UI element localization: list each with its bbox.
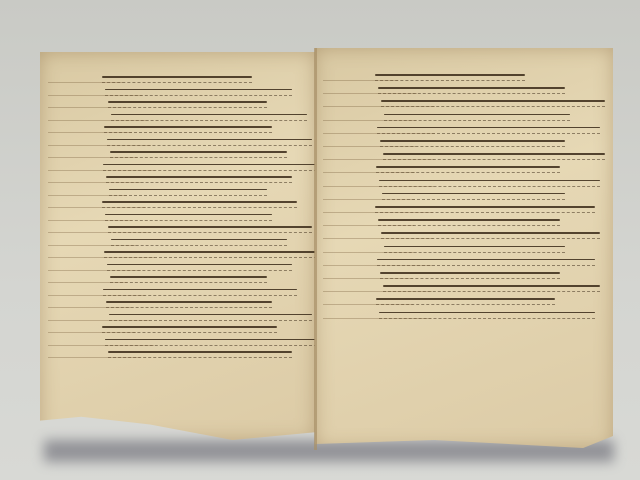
handwritten-line [377, 127, 600, 129]
bleed-through-line [48, 120, 146, 121]
bleed-through-line [323, 278, 413, 279]
bleed-through-line [48, 95, 142, 96]
handwritten-line [103, 164, 317, 166]
handwritten-line [382, 193, 565, 195]
bleed-through-line [48, 132, 132, 133]
bleed-through-line [323, 225, 414, 226]
page-fold [314, 48, 317, 450]
handwritten-line [107, 264, 292, 266]
handwritten-line [379, 312, 595, 314]
bleed-through-line [323, 238, 433, 239]
bleed-through-line [323, 106, 435, 107]
bleed-through-line [48, 307, 131, 308]
bleed-through-line [48, 332, 136, 333]
handwritten-line [381, 100, 605, 102]
handwritten-line [104, 126, 272, 128]
bleed-through-line [323, 133, 435, 134]
handwritten-line [111, 114, 307, 116]
handwritten-line [381, 232, 600, 234]
handwritten-line [383, 285, 600, 287]
handwritten-line [375, 206, 595, 208]
handwritten-line [109, 189, 267, 191]
bleed-through-line [323, 304, 413, 305]
bleed-through-line [48, 232, 150, 233]
handwritten-line [104, 251, 317, 253]
bleed-through-line [48, 295, 145, 296]
handwritten-line [380, 140, 565, 142]
bleed-through-line [48, 345, 154, 346]
handwritten-line [106, 301, 272, 303]
handwritten-line [102, 201, 297, 203]
bleed-through-line [48, 170, 155, 171]
handwritten-line [380, 272, 560, 274]
bleed-through-line [48, 207, 146, 208]
handwritten-line [378, 87, 565, 89]
handwritten-line [103, 289, 297, 291]
handwritten-line [107, 139, 312, 141]
handwritten-line [108, 226, 312, 228]
handwritten-line [110, 276, 267, 278]
handwritten-line [376, 166, 560, 168]
bleed-through-line [48, 220, 132, 221]
handwritten-line [111, 239, 287, 241]
handwritten-line [379, 180, 600, 182]
bleed-through-line [48, 82, 123, 83]
handwritten-line [102, 326, 277, 328]
bleed-through-line [48, 195, 127, 196]
bleed-through-line [323, 291, 432, 292]
handwritten-line [383, 153, 605, 155]
bleed-through-line [323, 80, 398, 81]
handwritten-line [375, 74, 525, 76]
bleed-through-line [48, 257, 155, 258]
bleed-through-line [323, 93, 417, 94]
bleed-through-line [323, 159, 434, 160]
handwritten-line [108, 351, 292, 353]
bleed-through-line [48, 357, 140, 358]
handwritten-line [376, 298, 555, 300]
bleed-through-line [323, 186, 434, 187]
manuscript-page-right [315, 48, 613, 448]
bleed-through-line [48, 157, 137, 158]
handwritten-line [105, 339, 317, 341]
bleed-through-line [48, 145, 151, 146]
bleed-through-line [48, 320, 150, 321]
bleed-through-line [48, 182, 141, 183]
bleed-through-line [323, 252, 414, 253]
bleed-through-line [48, 107, 128, 108]
manuscript-page-left [40, 52, 315, 440]
bleed-through-line [48, 270, 141, 271]
bleed-through-line [323, 172, 415, 173]
bleed-through-line [48, 282, 127, 283]
handwritten-line [106, 176, 292, 178]
handwritten-line [377, 259, 595, 261]
bleed-through-line [323, 199, 415, 200]
handwritten-line [378, 219, 560, 221]
bleed-through-line [323, 265, 432, 266]
handwritten-line [110, 151, 287, 153]
bleed-through-line [323, 212, 433, 213]
bleed-through-line [323, 120, 416, 121]
bleed-through-line [323, 318, 431, 319]
bleed-through-line [323, 146, 416, 147]
handwritten-line [384, 246, 565, 248]
handwritten-line [105, 214, 272, 216]
handwritten-line [384, 114, 570, 116]
handwritten-line [108, 101, 267, 103]
handwritten-line [105, 89, 292, 91]
handwritten-line [102, 76, 252, 78]
bleed-through-line [48, 245, 136, 246]
handwritten-line [109, 314, 312, 316]
